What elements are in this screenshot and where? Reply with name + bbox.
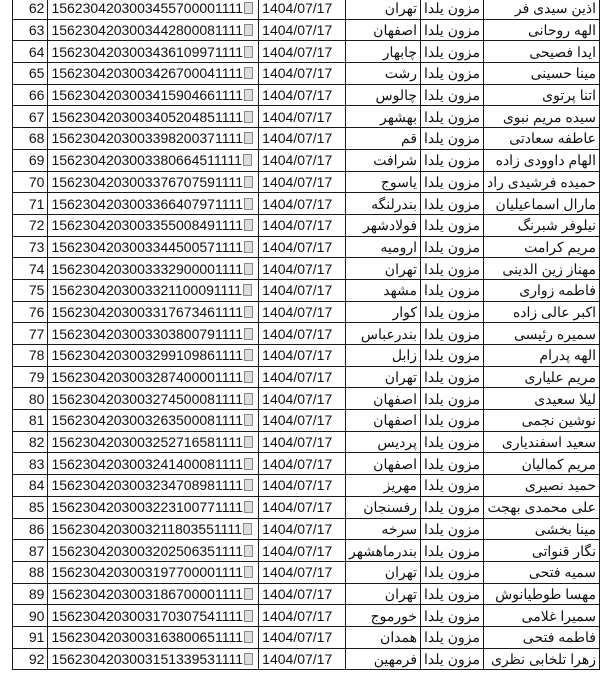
- row-number-cell[interactable]: 84: [13, 475, 48, 497]
- name-cell[interactable]: مریم کمالیان: [483, 453, 599, 475]
- table-row: 8415623042030032347089811111404/07/17مهر…: [13, 475, 600, 497]
- store-cell[interactable]: مزون یلدا: [421, 388, 484, 410]
- missing-glyph-icon: [244, 132, 253, 144]
- store-cell[interactable]: مزون یلدا: [421, 323, 484, 345]
- city-cell-text: بندرلنگه: [371, 196, 417, 212]
- missing-glyph-icon: [243, 523, 252, 535]
- table-row: 8315623042030032414000811111404/07/17اصف…: [13, 453, 600, 475]
- date-cell[interactable]: 1404/07/17: [259, 518, 346, 540]
- city-cell[interactable]: تهران: [345, 366, 420, 388]
- date-cell[interactable]: 1404/07/17: [259, 128, 346, 150]
- row-number-cell[interactable]: 66: [13, 84, 48, 106]
- store-cell[interactable]: مزون یلدا: [421, 279, 484, 301]
- store-cell-text: مزون یلدا: [424, 261, 480, 277]
- date-cell-text: 1404/07/17: [262, 130, 332, 146]
- tracking-id-cell[interactable]: 1562304203003317673461111: [48, 301, 259, 323]
- date-cell[interactable]: 1404/07/17: [259, 279, 346, 301]
- row-number-cell[interactable]: 63: [13, 19, 48, 41]
- tracking-id-cell-text: 1562304203003426700041111: [51, 65, 243, 81]
- date-cell[interactable]: 1404/07/17: [259, 345, 346, 367]
- store-cell-text: مزون یلدا: [424, 304, 480, 320]
- tracking-id-cell-text: 1562304203003202506351111: [51, 543, 243, 559]
- date-cell-text: 1404/07/17: [262, 0, 332, 16]
- tracking-id-cell[interactable]: 1562304203003303800791111: [48, 323, 259, 345]
- row-number-cell-text: 87: [29, 543, 45, 559]
- name-cell[interactable]: حمیده فرشیدی راد: [483, 171, 599, 193]
- city-cell[interactable]: بندرماهشهر: [345, 540, 420, 562]
- city-cell-text: خورموج: [371, 608, 417, 624]
- date-cell[interactable]: 1404/07/17: [259, 366, 346, 388]
- store-cell[interactable]: مزون یلدا: [421, 366, 484, 388]
- city-cell[interactable]: تهران: [345, 583, 420, 605]
- date-cell[interactable]: 1404/07/17: [259, 475, 346, 497]
- city-cell[interactable]: رفسنجان: [345, 496, 420, 518]
- city-cell[interactable]: زابل: [345, 345, 420, 367]
- tracking-id-cell-text: 1562304203003151339531111: [51, 651, 243, 667]
- date-cell[interactable]: 1404/07/17: [259, 214, 346, 236]
- row-number-cell[interactable]: 69: [13, 149, 48, 171]
- city-cell[interactable]: شرافت: [345, 149, 420, 171]
- name-cell[interactable]: ایدا فصیحی: [483, 41, 599, 63]
- city-cell[interactable]: مشهد: [345, 279, 420, 301]
- city-cell[interactable]: اصفهان: [345, 453, 420, 475]
- row-number-cell[interactable]: 81: [13, 410, 48, 432]
- name-cell-text: مینا بخشی: [535, 521, 596, 537]
- city-cell[interactable]: سرخه: [345, 518, 420, 540]
- tracking-id-cell[interactable]: 1562304203003287400001111: [48, 366, 259, 388]
- date-cell[interactable]: 1404/07/17: [259, 626, 346, 648]
- tracking-id-cell-text: 1562304203003303800791111: [51, 326, 243, 342]
- store-cell-text: مزون یلدا: [424, 586, 480, 602]
- date-cell-text: 1404/07/17: [262, 521, 332, 537]
- date-cell-text: 1404/07/17: [262, 44, 332, 60]
- date-cell-text: 1404/07/17: [262, 196, 332, 212]
- city-cell-text: اصفهان: [373, 22, 417, 38]
- store-cell[interactable]: مزون یلدا: [421, 410, 484, 432]
- name-cell[interactable]: سیده مریم نبوی: [483, 106, 599, 128]
- row-number-cell[interactable]: 68: [13, 128, 48, 150]
- tracking-id-cell[interactable]: 1562304203003252716581111: [48, 431, 259, 453]
- date-cell-text: 1404/07/17: [262, 369, 332, 385]
- store-cell[interactable]: مزون یلدا: [421, 236, 484, 258]
- date-cell-text: 1404/07/17: [262, 412, 332, 428]
- city-cell[interactable]: یاسوج: [345, 171, 420, 193]
- row-number-cell[interactable]: 65: [13, 63, 48, 85]
- tracking-id-cell[interactable]: 1562304203003223100771111: [48, 496, 259, 518]
- store-cell[interactable]: مزون یلدا: [421, 106, 484, 128]
- city-cell-text: فرمهین: [374, 651, 417, 667]
- name-cell-text: مهسا طوطیانوش: [495, 586, 596, 602]
- table-row: 6215623042030034557000011111404/07/17تهر…: [13, 0, 600, 19]
- store-cell[interactable]: مزون یلدا: [421, 518, 484, 540]
- tracking-id-cell[interactable]: 1562304203003211803551111: [48, 518, 259, 540]
- name-cell-text: مریم کرامت: [524, 239, 596, 255]
- store-cell[interactable]: مزون یلدا: [421, 496, 484, 518]
- row-number-cell-text: 70: [29, 174, 45, 190]
- city-cell[interactable]: مهریز: [345, 475, 420, 497]
- name-cell[interactable]: الهه روحانی: [483, 19, 599, 41]
- row-number-cell[interactable]: 67: [13, 106, 48, 128]
- table-row: 7315623042030033445005711111404/07/17ارو…: [13, 236, 600, 258]
- date-cell-text: 1404/07/17: [262, 391, 332, 407]
- missing-glyph-icon: [244, 263, 253, 275]
- name-cell[interactable]: سمیه فتحی: [483, 561, 599, 583]
- date-cell[interactable]: 1404/07/17: [259, 193, 346, 215]
- tracking-id-cell[interactable]: 1562304203003398200371111: [48, 128, 259, 150]
- row-number-cell[interactable]: 87: [13, 540, 48, 562]
- store-cell[interactable]: مزون یلدا: [421, 301, 484, 323]
- row-number-cell-text: 64: [29, 44, 45, 60]
- tracking-id-cell-text: 1562304203003317673461111: [51, 304, 243, 320]
- name-cell[interactable]: الهام داوودی زاده: [483, 149, 599, 171]
- date-cell[interactable]: 1404/07/17: [259, 301, 346, 323]
- tracking-id-cell[interactable]: 1562304203003415904661111: [48, 84, 259, 106]
- name-cell[interactable]: علی محمدی بهجت: [483, 496, 599, 518]
- date-cell[interactable]: 1404/07/17: [259, 323, 346, 345]
- store-cell[interactable]: مزون یلدا: [421, 626, 484, 648]
- date-cell-text: 1404/07/17: [262, 499, 332, 515]
- name-cell[interactable]: اتنا پرتوی: [483, 84, 599, 106]
- missing-glyph-icon: [244, 566, 253, 578]
- row-number-cell-text: 66: [29, 87, 45, 103]
- row-number-cell[interactable]: 64: [13, 41, 48, 63]
- table-row: 8915623042030031867000011111404/07/17تهر…: [13, 583, 600, 605]
- missing-glyph-icon: [244, 111, 253, 123]
- store-cell[interactable]: مزون یلدا: [421, 193, 484, 215]
- store-cell[interactable]: مزون یلدا: [421, 540, 484, 562]
- row-number-cell-text: 86: [29, 521, 45, 537]
- tracking-id-cell[interactable]: 1562304203003321100091111: [48, 279, 259, 301]
- date-cell[interactable]: 1404/07/17: [259, 258, 346, 280]
- store-cell[interactable]: مزون یلدا: [421, 19, 484, 41]
- missing-glyph-icon: [244, 2, 253, 14]
- name-cell[interactable]: مارال اسماعیلیان: [483, 193, 599, 215]
- row-number-cell-text: 76: [29, 304, 45, 320]
- table-row: 6715623042030034052048511111404/07/17بهش…: [13, 106, 600, 128]
- missing-glyph-icon: [244, 610, 253, 622]
- missing-glyph-icon: [244, 653, 253, 665]
- name-cell[interactable]: نوشین نجمی: [483, 410, 599, 432]
- date-cell[interactable]: 1404/07/17: [259, 388, 346, 410]
- store-cell-text: مزون یلدا: [424, 456, 480, 472]
- table-row: 8515623042030032231007711111404/07/17رفس…: [13, 496, 600, 518]
- name-cell[interactable]: نیلوفر شبرنگ: [483, 214, 599, 236]
- tracking-id-cell[interactable]: 1562304203003442800081111: [48, 19, 259, 41]
- name-cell-text: سعید اسفندیاری: [502, 434, 596, 450]
- name-cell[interactable]: مینا بخشی: [483, 518, 599, 540]
- store-cell[interactable]: مزون یلدا: [421, 453, 484, 475]
- city-cell[interactable]: تهران: [345, 561, 420, 583]
- row-number-cell[interactable]: 92: [13, 648, 48, 670]
- city-cell-text: زابل: [392, 347, 417, 363]
- row-number-cell[interactable]: 80: [13, 388, 48, 410]
- row-number-cell-text: 74: [29, 261, 45, 277]
- row-number-cell[interactable]: 73: [13, 236, 48, 258]
- tracking-id-cell[interactable]: 1562304203003299109861111: [48, 345, 259, 367]
- name-cell-text: نوشین نجمی: [522, 412, 596, 428]
- table-row: 7815623042030032991098611111404/07/17زاب…: [13, 345, 600, 367]
- city-cell[interactable]: بندرعباس: [345, 323, 420, 345]
- store-cell[interactable]: مزون یلدا: [421, 63, 484, 85]
- row-number-cell[interactable]: 72: [13, 214, 48, 236]
- name-cell-text: نگار قنواتی: [532, 543, 596, 559]
- store-cell[interactable]: مزون یلدا: [421, 648, 484, 670]
- name-cell[interactable]: مهناز زین الدینی: [483, 258, 599, 280]
- city-cell[interactable]: چابهار: [345, 41, 420, 63]
- date-cell[interactable]: 1404/07/17: [259, 236, 346, 258]
- missing-glyph-icon: [244, 176, 253, 188]
- date-cell-text: 1404/07/17: [262, 629, 332, 645]
- tracking-id-cell[interactable]: 1562304203003344500571111: [48, 236, 259, 258]
- city-cell-text: کوار: [392, 304, 417, 320]
- city-cell[interactable]: پردیس: [345, 431, 420, 453]
- name-cell[interactable]: زهرا تلخابی نظری: [483, 648, 599, 670]
- date-cell-text: 1404/07/17: [262, 477, 332, 493]
- city-cell[interactable]: کوار: [345, 301, 420, 323]
- store-cell[interactable]: مزون یلدا: [421, 583, 484, 605]
- name-cell[interactable]: عاطفه سعادتی: [483, 128, 599, 150]
- tracking-id-cell-text: 1562304203003442800081111: [51, 22, 243, 38]
- tracking-id-cell[interactable]: 1562304203003151339531111: [48, 648, 259, 670]
- date-cell-text: 1404/07/17: [262, 586, 332, 602]
- tracking-id-cell[interactable]: 1562304203003234708981111: [48, 475, 259, 497]
- store-cell-text: مزون یلدا: [424, 347, 480, 363]
- row-number-cell[interactable]: 85: [13, 496, 48, 518]
- tracking-id-cell[interactable]: 1562304203003202506351111: [48, 540, 259, 562]
- city-cell-text: تهران: [385, 564, 417, 580]
- name-cell-text: فاطمه فتحی: [523, 629, 596, 645]
- city-cell[interactable]: اصفهان: [345, 19, 420, 41]
- row-number-cell-text: 69: [29, 152, 45, 168]
- date-cell[interactable]: 1404/07/17: [259, 171, 346, 193]
- row-number-cell[interactable]: 78: [13, 345, 48, 367]
- tracking-id-cell-text: 1562304203003287400001111: [51, 369, 243, 385]
- tracking-id-cell-text: 1562304203003211803551111: [51, 521, 242, 537]
- missing-glyph-icon: [244, 349, 253, 361]
- store-cell[interactable]: مزون یلدا: [421, 475, 484, 497]
- name-cell-text: حمیده فرشیدی راد: [487, 174, 596, 190]
- name-cell-text: سیده مریم نبوی: [503, 109, 596, 125]
- city-cell-text: چابهار: [383, 44, 417, 60]
- city-cell[interactable]: بهشهر: [345, 106, 420, 128]
- name-cell-text: ایدا فصیحی: [529, 44, 596, 60]
- city-cell[interactable]: بندرلنگه: [345, 193, 420, 215]
- tracking-id-cell[interactable]: 1562304203003376707591111: [48, 171, 259, 193]
- missing-glyph-icon: [244, 219, 253, 231]
- name-cell[interactable]: حمید نصیری: [483, 475, 599, 497]
- tracking-id-cell[interactable]: 1562304203003355008491111: [48, 214, 259, 236]
- row-number-cell[interactable]: 82: [13, 431, 48, 453]
- store-cell[interactable]: مزون یلدا: [421, 84, 484, 106]
- city-cell[interactable]: اصفهان: [345, 388, 420, 410]
- table-row: 8115623042030032635000811111404/07/17اصف…: [13, 410, 600, 432]
- city-cell[interactable]: ارومیه: [345, 236, 420, 258]
- missing-glyph-icon: [244, 89, 253, 101]
- store-cell-text: مزون یلدا: [424, 282, 480, 298]
- row-number-cell[interactable]: 74: [13, 258, 48, 280]
- date-cell[interactable]: 1404/07/17: [259, 0, 346, 19]
- date-cell-text: 1404/07/17: [262, 282, 332, 298]
- store-cell[interactable]: مزون یلدا: [421, 431, 484, 453]
- row-number-cell-text: 83: [29, 456, 45, 472]
- city-cell[interactable]: همدان: [345, 626, 420, 648]
- date-cell[interactable]: 1404/07/17: [259, 84, 346, 106]
- date-cell[interactable]: 1404/07/17: [259, 561, 346, 583]
- name-cell[interactable]: اکبر عالی زاده: [483, 301, 599, 323]
- tracking-id-cell[interactable]: 1562304203003263500081111: [48, 410, 259, 432]
- date-cell[interactable]: 1404/07/17: [259, 149, 346, 171]
- name-cell[interactable]: سعید اسفندیاری: [483, 431, 599, 453]
- row-number-cell-text: 62: [29, 0, 45, 16]
- name-cell[interactable]: سمیره رئیسی: [483, 323, 599, 345]
- missing-glyph-icon: [244, 545, 253, 557]
- tracking-id-cell[interactable]: 1562304203003170307541111: [48, 605, 259, 627]
- date-cell[interactable]: 1404/07/17: [259, 496, 346, 518]
- store-cell-text: مزون یلدا: [424, 65, 480, 81]
- date-cell-text: 1404/07/17: [262, 174, 332, 190]
- name-cell[interactable]: الهه پدرام: [483, 345, 599, 367]
- store-cell[interactable]: مزون یلدا: [421, 345, 484, 367]
- date-cell-text: 1404/07/17: [262, 261, 332, 277]
- row-number-cell-text: 63: [29, 22, 45, 38]
- date-cell[interactable]: 1404/07/17: [259, 19, 346, 41]
- name-cell[interactable]: مینا حسینی: [483, 63, 599, 85]
- city-cell[interactable]: فولادشهر: [345, 214, 420, 236]
- date-cell[interactable]: 1404/07/17: [259, 648, 346, 670]
- city-cell[interactable]: فرمهین: [345, 648, 420, 670]
- store-cell[interactable]: مزون یلدا: [421, 561, 484, 583]
- tracking-id-cell[interactable]: 1562304203003436109971111: [48, 41, 259, 63]
- table-body: 6215623042030034557000011111404/07/17تهر…: [13, 0, 600, 670]
- store-cell-text: مزون یلدا: [424, 44, 480, 60]
- tracking-id-cell-text: 1562304203003299109861111: [51, 347, 243, 363]
- tracking-id-cell[interactable]: 1562304203003380664511111: [48, 149, 259, 171]
- row-number-cell[interactable]: 89: [13, 583, 48, 605]
- date-cell[interactable]: 1404/07/17: [259, 106, 346, 128]
- date-cell[interactable]: 1404/07/17: [259, 41, 346, 63]
- name-cell[interactable]: مریم علیاری: [483, 366, 599, 388]
- city-cell[interactable]: چالوس: [345, 84, 420, 106]
- city-cell[interactable]: قم: [345, 128, 420, 150]
- missing-glyph-icon: [244, 458, 253, 470]
- missing-glyph-icon: [244, 24, 253, 36]
- tracking-id-cell-text: 1562304203003415904661111: [51, 87, 243, 103]
- tracking-id-cell[interactable]: 1562304203003332900001111: [48, 258, 259, 280]
- name-cell[interactable]: نگار قنواتی: [483, 540, 599, 562]
- tracking-id-cell[interactable]: 1562304203003366407971111: [48, 193, 259, 215]
- store-cell[interactable]: مزون یلدا: [421, 149, 484, 171]
- store-cell[interactable]: مزون یلدا: [421, 128, 484, 150]
- name-cell[interactable]: فاطمه زواری: [483, 279, 599, 301]
- tracking-id-cell[interactable]: 1562304203003197700001111: [48, 561, 259, 583]
- missing-glyph-icon: [244, 393, 253, 405]
- row-number-cell[interactable]: 79: [13, 366, 48, 388]
- date-cell[interactable]: 1404/07/17: [259, 605, 346, 627]
- row-number-cell-text: 78: [29, 347, 45, 363]
- row-number-cell[interactable]: 77: [13, 323, 48, 345]
- date-cell[interactable]: 1404/07/17: [259, 410, 346, 432]
- tracking-id-cell[interactable]: 1562304203003163800651111: [48, 626, 259, 648]
- city-cell[interactable]: تهران: [345, 258, 420, 280]
- name-cell[interactable]: مهسا طوطیانوش: [483, 583, 599, 605]
- city-cell-text: همدان: [380, 629, 417, 645]
- date-cell-text: 1404/07/17: [262, 304, 332, 320]
- city-cell-text: بهشهر: [380, 109, 417, 125]
- date-cell[interactable]: 1404/07/17: [259, 583, 346, 605]
- name-cell[interactable]: اذین سیدی فر: [483, 0, 599, 19]
- row-number-cell[interactable]: 83: [13, 453, 48, 475]
- tracking-id-cell[interactable]: 1562304203003241400081111: [48, 453, 259, 475]
- row-number-cell[interactable]: 62: [13, 0, 48, 19]
- date-cell[interactable]: 1404/07/17: [259, 63, 346, 85]
- row-number-cell[interactable]: 70: [13, 171, 48, 193]
- date-cell[interactable]: 1404/07/17: [259, 431, 346, 453]
- store-cell-text: مزون یلدا: [424, 412, 480, 428]
- date-cell[interactable]: 1404/07/17: [259, 540, 346, 562]
- store-cell-text: مزون یلدا: [424, 521, 480, 537]
- store-cell-text: مزون یلدا: [424, 0, 480, 16]
- row-number-cell[interactable]: 90: [13, 605, 48, 627]
- missing-glyph-icon: [243, 154, 252, 166]
- table-row: 9115623042030031638006511111404/07/17همد…: [13, 626, 600, 648]
- name-cell-text: مهناز زین الدینی: [502, 261, 596, 277]
- city-cell[interactable]: تهران: [345, 0, 420, 19]
- date-cell-text: 1404/07/17: [262, 22, 332, 38]
- table-row: 7015623042030033767075911111404/07/17یاس…: [13, 171, 600, 193]
- missing-glyph-icon: [244, 436, 253, 448]
- row-number-cell-text: 82: [29, 434, 45, 450]
- name-cell[interactable]: سمیرا غلامی: [483, 605, 599, 627]
- tracking-id-cell[interactable]: 1562304203003186700001111: [48, 583, 259, 605]
- store-cell-text: مزون یلدا: [424, 217, 480, 233]
- city-cell-text: شرافت: [373, 152, 417, 168]
- date-cell[interactable]: 1404/07/17: [259, 453, 346, 475]
- tracking-id-cell[interactable]: 1562304203003274500081111: [48, 388, 259, 410]
- row-number-cell[interactable]: 75: [13, 279, 48, 301]
- row-number-cell-text: 68: [29, 130, 45, 146]
- tracking-id-cell[interactable]: 1562304203003405204851111: [48, 106, 259, 128]
- tracking-id-cell-text: 1562304203003170307541111: [51, 608, 243, 624]
- store-cell[interactable]: مزون یلدا: [421, 171, 484, 193]
- store-cell-text: مزون یلدا: [424, 326, 480, 342]
- city-cell[interactable]: خورموج: [345, 605, 420, 627]
- row-number-cell[interactable]: 91: [13, 626, 48, 648]
- row-number-cell[interactable]: 88: [13, 561, 48, 583]
- row-number-cell-text: 85: [29, 499, 45, 515]
- store-cell[interactable]: مزون یلدا: [421, 214, 484, 236]
- city-cell-text: یاسوج: [381, 174, 417, 190]
- store-cell-text: مزون یلدا: [424, 130, 480, 146]
- name-cell[interactable]: لیلا سعیدی: [483, 388, 599, 410]
- row-number-cell[interactable]: 86: [13, 518, 48, 540]
- city-cell[interactable]: رشت: [345, 63, 420, 85]
- store-cell[interactable]: مزون یلدا: [421, 258, 484, 280]
- store-cell[interactable]: مزون یلدا: [421, 605, 484, 627]
- row-number-cell[interactable]: 71: [13, 193, 48, 215]
- tracking-id-cell[interactable]: 1562304203003426700041111: [48, 63, 259, 85]
- name-cell-text: زهرا تلخابی نظری: [491, 651, 596, 667]
- city-cell[interactable]: اصفهان: [345, 410, 420, 432]
- date-cell-text: 1404/07/17: [262, 651, 332, 667]
- store-cell[interactable]: مزون یلدا: [421, 0, 484, 19]
- store-cell[interactable]: مزون یلدا: [421, 41, 484, 63]
- tracking-id-cell[interactable]: 1562304203003455700001111: [48, 0, 259, 19]
- tracking-id-cell-text: 1562304203003186700001111: [51, 586, 243, 602]
- name-cell[interactable]: فاطمه فتحی: [483, 626, 599, 648]
- name-cell[interactable]: مریم کرامت: [483, 236, 599, 258]
- missing-glyph-icon: [244, 588, 253, 600]
- row-number-cell[interactable]: 76: [13, 301, 48, 323]
